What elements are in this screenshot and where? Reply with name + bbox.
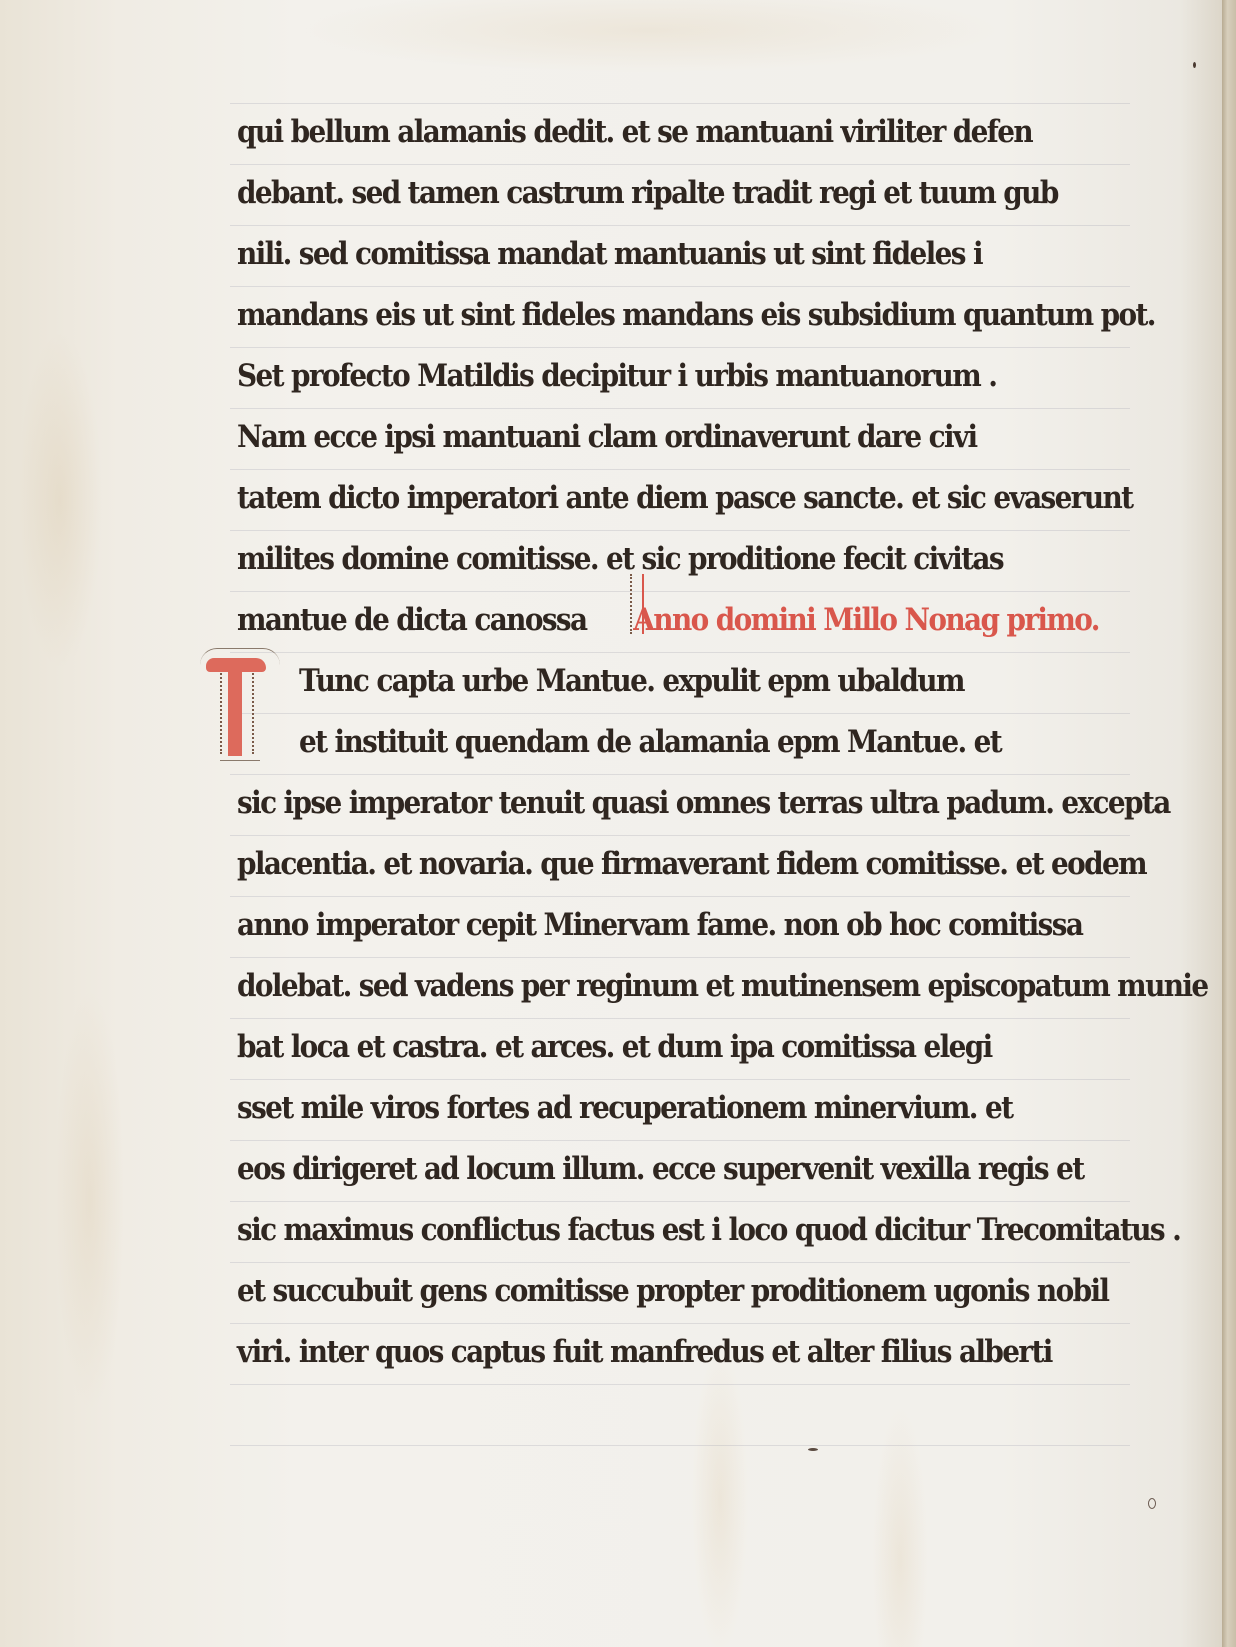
text-line: milites domine comitisse. et sic proditi…	[237, 539, 1003, 579]
ruling-line	[230, 1384, 1130, 1385]
text-line: sset mile viros fortes ad recuperationem…	[237, 1088, 1012, 1128]
ruling-line	[230, 1079, 1130, 1080]
text-line: qui bellum alamanis dedit. et se mantuan…	[237, 112, 1032, 152]
ruling-line	[230, 530, 1130, 531]
ruling-line	[230, 591, 1130, 592]
ruling-line	[230, 713, 1130, 714]
ruling-line	[230, 1445, 1130, 1446]
ruling-line	[230, 469, 1130, 470]
decorated-initial	[200, 652, 270, 762]
paragraph-mark-icon	[630, 574, 644, 634]
paper-hole	[1148, 1498, 1156, 1509]
ruling-line	[230, 957, 1130, 958]
text-line-with-rubric: mantue de dicta canossa Anno domini Mill…	[237, 600, 1099, 640]
text-line: et succubuit gens comitisse propter prod…	[237, 1271, 1108, 1311]
penwork-base-icon	[220, 752, 260, 761]
ruling-line	[230, 164, 1130, 165]
text-line: viri. inter quos captus fuit manfredus e…	[237, 1332, 1052, 1372]
ruling-line	[230, 408, 1130, 409]
text-line: et instituit quendam de alamania epm Man…	[299, 722, 1001, 762]
text-line: dolebat. sed vadens per reginum et mutin…	[237, 966, 1208, 1006]
text-line: nili. sed comitissa mandat mantuanis ut …	[237, 234, 982, 274]
ruling-line	[230, 1262, 1130, 1263]
ruling-line	[230, 896, 1130, 897]
text-line: mandans eis ut sint fideles mandans eis …	[237, 295, 1155, 335]
text-line: placentia. et novaria. que firmaverant f…	[237, 844, 1146, 884]
text-line: debant. sed tamen castrum ripalte tradit…	[237, 173, 1058, 213]
ruling-line	[230, 1018, 1130, 1019]
text-line: Set profecto Matildis decipitur i urbis …	[237, 356, 996, 396]
ruling-line	[230, 347, 1130, 348]
text-line: bat loca et castra. et arces. et dum ipa…	[237, 1027, 992, 1067]
penwork-decoration-icon	[244, 670, 254, 754]
ink-speck	[1193, 62, 1196, 68]
text-line: Nam ecce ipsi mantuani clam ordinaverunt…	[237, 417, 977, 457]
text-line: anno imperator cepit Minervam fame. non …	[237, 905, 1082, 945]
ruling-line	[230, 225, 1130, 226]
text-line: sic maximus conflictus factus est i loco…	[237, 1210, 1180, 1250]
ruling-line	[230, 652, 1130, 653]
ruling-line	[230, 1201, 1130, 1202]
text-line: eos dirigeret ad locum illum. ecce super…	[237, 1149, 1083, 1189]
ruling-line	[230, 835, 1130, 836]
ink-speck	[808, 1448, 818, 1451]
ruling-line	[230, 1323, 1130, 1324]
text-line: tatem dicto imperatori ante diem pasce s…	[237, 478, 1132, 518]
ruling-line	[230, 774, 1130, 775]
ruling-line	[230, 286, 1130, 287]
ruling-line	[230, 1140, 1130, 1141]
text-line: sic ipse imperator tenuit quasi omnes te…	[237, 783, 1170, 823]
initial-stem	[228, 664, 242, 756]
rubric-date: Anno domini Millo Nonag primo.	[633, 602, 1099, 638]
binding-gutter	[1222, 0, 1236, 1647]
text-line: Tunc capta urbe Mantue. expulit epm ubal…	[299, 661, 964, 701]
ruling-line	[230, 103, 1130, 104]
text-segment: mantue de dicta canossa	[237, 602, 586, 638]
